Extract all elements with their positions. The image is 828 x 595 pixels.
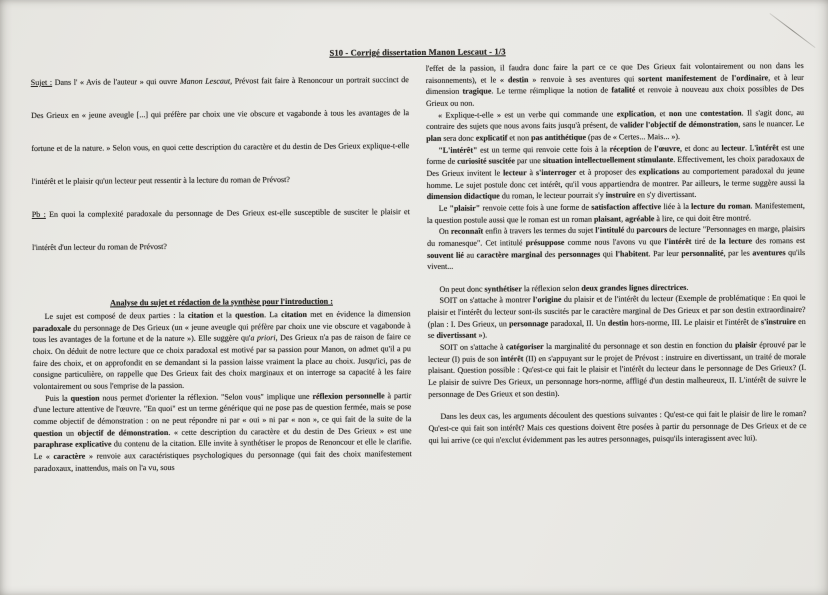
problem-statement: Pb : En quoi la complexité paradoxale du… [32, 195, 411, 264]
right-paragraph-4: Le "plaisir" renvoie cette fois à une fo… [427, 200, 805, 226]
subject-paragraph: Sujet : Dans l' « Avis de l'auteur » qui… [31, 63, 410, 198]
analysis-paragraph-1: Le sujet est composé de deux parties : l… [33, 308, 412, 393]
right-paragraph-5: On reconnaît enfin à travers les termes … [427, 223, 805, 273]
analysis-heading: Analyse du sujet et rédaction de la synt… [32, 296, 410, 308]
right-column: l'effet de la passion, il faudra donc fa… [426, 60, 807, 471]
right-paragraph-7: SOIT on s'attache à montrer l'origine du… [427, 292, 805, 342]
page-title: S10 - Corrigé dissertation Manon Lescaut… [31, 44, 805, 60]
right-paragraph-9: Dans les deux cas, les arguments découle… [428, 408, 806, 446]
right-paragraph-2: « Explique-t-elle » est un verbe qui com… [426, 107, 804, 145]
right-paragraph-3: "L'intérêt" est un terme qui renvoie cet… [426, 142, 804, 203]
scanned-page: S10 - Corrigé dissertation Manon Lescaut… [0, 0, 828, 595]
analysis-paragraph-2: Puis la question nous permet d'orienter … [33, 390, 412, 475]
right-paragraph-8: SOIT on s'attache à catégoriser la margi… [428, 339, 806, 400]
right-paragraph-1: l'effet de la passion, il faudra donc fa… [426, 60, 804, 110]
two-column-layout: Sujet : Dans l' « Avis de l'auteur » qui… [31, 60, 808, 474]
left-column: Sujet : Dans l' « Avis de l'auteur » qui… [31, 63, 412, 474]
page-content: S10 - Corrigé dissertation Manon Lescaut… [30, 0, 808, 474]
